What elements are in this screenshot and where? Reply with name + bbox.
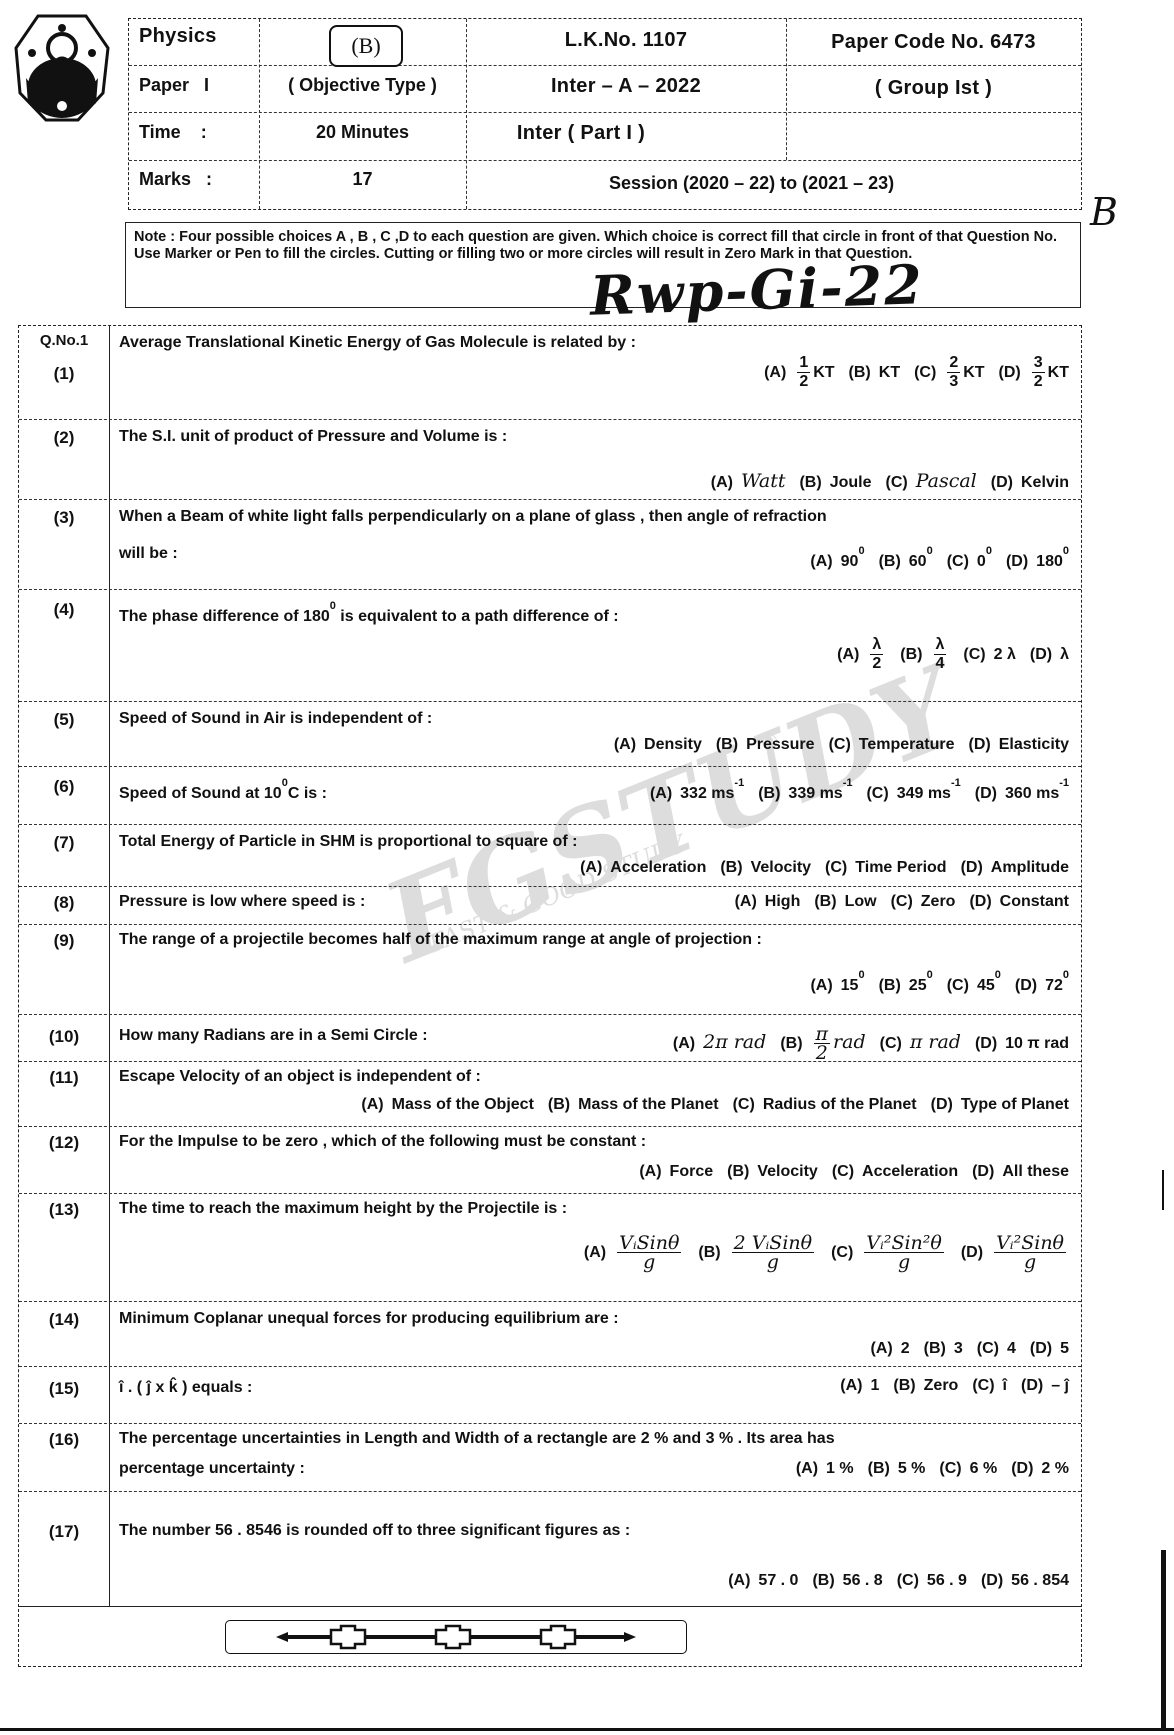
answer-option-b[interactable]: (B)KT [849, 364, 901, 381]
answer-option-c[interactable]: (C)π rad [880, 1035, 961, 1052]
question-text: How many Radians are in a Semi Circle : [119, 1027, 428, 1045]
answer-option-b[interactable]: (B)2 VᵢSinθg [698, 1244, 817, 1261]
question-text: The number 56 . 8546 is rounded off to t… [119, 1522, 630, 1540]
answer-option-b[interactable]: (B)λ4 [900, 646, 949, 663]
answer-options: (A)1(B)Zero(C)î(D)– ĵ [826, 1377, 1069, 1395]
answer-option-b[interactable]: (B)56 . 8 [812, 1572, 882, 1589]
scan-edge-artifact [1158, 1170, 1168, 1730]
answer-option-c[interactable]: (C)Zero [891, 893, 956, 910]
question-row: (10)How many Radians are in a Semi Circl… [19, 1014, 1081, 1062]
answer-options: (A)12KT(B)KT(C)23KT(D)32KT [750, 354, 1069, 391]
answer-option-d[interactable]: (D)5 [1030, 1340, 1069, 1357]
answer-options: (A)Mass of the Object(B)Mass of the Plan… [347, 1096, 1069, 1114]
answer-option-c[interactable]: (C)6 % [939, 1460, 997, 1477]
question-text: Escape Velocity of an object is independ… [119, 1068, 481, 1086]
answer-option-d[interactable]: (D)56 . 854 [981, 1572, 1069, 1589]
question-row: (17)The number 56 . 8546 is rounded off … [19, 1491, 1081, 1607]
answer-options: (A)150(B)250(C)450(D)720 [796, 969, 1069, 995]
answer-options: (A)332 ms-1(B)339 ms-1(C)349 ms-1(D)360 … [636, 777, 1069, 803]
handwritten-paper-code: Rwp-Gi-22 [589, 252, 925, 328]
question-number: (2) [19, 428, 109, 448]
answer-option-c[interactable]: (C)Time Period [825, 859, 947, 876]
answer-option-b[interactable]: (B)600 [879, 553, 933, 570]
answer-option-c[interactable]: (C)Acceleration [832, 1163, 958, 1180]
answer-option-d[interactable]: (D)10 π rad [975, 1035, 1069, 1052]
question-number: (7) [19, 833, 109, 853]
question-number: (4) [19, 600, 109, 620]
answer-option-a[interactable]: (A)57 . 0 [728, 1572, 798, 1589]
answer-option-d[interactable]: (D)2 % [1011, 1460, 1069, 1477]
question-row: (16)The percentage uncertainties in Leng… [19, 1423, 1081, 1492]
question-number: (13) [19, 1200, 109, 1220]
answer-option-d[interactable]: (D)32KT [999, 364, 1069, 381]
exam-name: Inter – A – 2022 [466, 75, 786, 98]
answer-option-a[interactable]: (A)1 [840, 1377, 879, 1394]
questions-table: Q.No.1 (1)Average Translational Kinetic … [18, 325, 1082, 1667]
answer-option-d[interactable]: (D)λ [1030, 646, 1069, 663]
answer-option-c[interactable]: (C)Radius of the Planet [733, 1096, 917, 1113]
answer-option-a[interactable]: (A)Force [639, 1163, 713, 1180]
handwritten-set-mark: B [1090, 190, 1118, 234]
time-value: 20 Minutes [259, 122, 466, 143]
question-number: (12) [19, 1133, 109, 1153]
question-text: The time to reach the maximum height by … [119, 1200, 567, 1218]
answer-option-c[interactable]: (C)349 ms-1 [866, 785, 960, 802]
time-label: Time : [139, 122, 207, 143]
marks-label: Marks : [139, 169, 212, 190]
answer-option-b[interactable]: (B)Velocity [720, 859, 811, 876]
answer-option-a[interactable]: (A)332 ms-1 [650, 785, 744, 802]
answer-option-d[interactable]: (D)Amplitude [961, 859, 1069, 876]
question-text: For the Impulse to be zero , which of th… [119, 1133, 646, 1151]
question-number: (1) [19, 364, 109, 384]
answer-option-c[interactable]: (C)2 λ [963, 646, 1015, 663]
answer-option-a[interactable]: (A)λ2 [837, 646, 886, 663]
answer-option-a[interactable]: (A)High [735, 893, 801, 910]
answer-options: (A)VᵢSinθg(B)2 VᵢSinθg(C)Vᵢ²Sin²θg(D)Vᵢ²… [570, 1234, 1069, 1271]
question-text-continued: percentage uncertainty : [119, 1460, 305, 1478]
question-text: Speed of Sound in Air is independent of … [119, 710, 432, 728]
paper-set-badge: (B) [329, 25, 403, 67]
marks-value: 17 [259, 169, 466, 190]
answer-option-a[interactable]: (A)Mass of the Object [361, 1096, 533, 1113]
answer-options: (A)2π rad(B)π2rad(C)π rad(D)10 π rad [659, 1025, 1069, 1062]
question-text: When a Beam of white light falls perpend… [119, 508, 827, 526]
answer-option-c[interactable]: (C)Temperature [829, 736, 955, 753]
question-number: (9) [19, 931, 109, 951]
answer-option-d[interactable]: (D)– ĵ [1021, 1377, 1069, 1394]
answer-option-d[interactable]: (D)Kelvin [991, 474, 1069, 491]
question-text: Speed of Sound at 100C is : [119, 777, 327, 803]
question-number: (10) [19, 1027, 109, 1047]
answer-option-b[interactable]: (B)250 [879, 977, 933, 994]
question-text: The range of a projectile becomes half o… [119, 931, 762, 949]
answer-options: (A)2(B)3(C)4(D)5 [857, 1340, 1070, 1358]
answer-option-c[interactable]: (C)56 . 9 [897, 1572, 967, 1589]
question-text: The percentage uncertainties in Length a… [119, 1430, 835, 1448]
footer-ornament [225, 1620, 687, 1654]
answer-option-a[interactable]: (A)1 % [796, 1460, 854, 1477]
question-number: (14) [19, 1310, 109, 1330]
answer-option-d[interactable]: (D)Elasticity [969, 736, 1069, 753]
answer-option-d[interactable]: (D)All these [972, 1163, 1069, 1180]
paper-type: ( Objective Type ) [259, 75, 466, 96]
question-row: (6)Speed of Sound at 100C is :(A)332 ms-… [19, 766, 1081, 825]
answer-option-a[interactable]: (A)Watt [711, 474, 786, 491]
answer-option-c[interactable]: (C)î [972, 1377, 1007, 1394]
answer-option-b[interactable]: (B)Pressure [716, 736, 815, 753]
answer-option-b[interactable]: (B)Zero [893, 1377, 958, 1394]
answer-option-b[interactable]: (B)Joule [799, 474, 871, 491]
question-number: (17) [19, 1522, 109, 1542]
session: Session (2020 – 22) to (2021 – 23) [609, 173, 894, 194]
question-row: (1)Average Translational Kinetic Energy … [19, 326, 1081, 419]
paper-code: Paper Code No. 6473 [786, 31, 1081, 54]
answer-option-b[interactable]: (B)π2rad [780, 1035, 865, 1052]
question-number: (16) [19, 1430, 109, 1450]
class-level: Inter ( Part I ) [466, 122, 696, 145]
question-row: (12)For the Impulse to be zero , which o… [19, 1126, 1081, 1194]
subject: Physics [139, 25, 217, 48]
question-row: (8)Pressure is low where speed is :(A)Hi… [19, 886, 1081, 925]
answer-options: (A)Watt(B)Joule(C)Pascal(D)Kelvin [697, 470, 1069, 492]
answer-option-b[interactable]: (B)3 [924, 1340, 963, 1357]
exam-header-table: Physics (B) L.K.No. 1107 Paper Code No. … [128, 18, 1082, 210]
question-number: (11) [19, 1068, 109, 1088]
answer-option-b[interactable]: (B)Velocity [727, 1163, 818, 1180]
question-number: (8) [19, 893, 109, 913]
answer-option-b[interactable]: (B)339 ms-1 [758, 785, 852, 802]
question-number: (15) [19, 1379, 109, 1399]
question-row: (14)Minimum Coplanar unequal forces for … [19, 1301, 1081, 1367]
question-row: (4)The phase difference of 1800 is equiv… [19, 589, 1081, 702]
answer-option-a[interactable]: (A)900 [810, 553, 864, 570]
question-text: The S.I. unit of product of Pressure and… [119, 428, 507, 446]
board-crest-logo [8, 8, 116, 128]
answer-option-c[interactable]: (C)Vᵢ²Sin²θg [831, 1244, 947, 1261]
question-row: (15)î . ( ĵ x k̂ ) equals :(A)1(B)Zero(C… [19, 1366, 1081, 1424]
answer-option-c[interactable]: (C)4 [977, 1340, 1016, 1357]
answer-option-c[interactable]: (C)Pascal [885, 474, 976, 491]
page-bottom-rule [0, 1728, 1174, 1731]
answer-options: (A)900(B)600(C)00(D)1800 [796, 545, 1069, 571]
answer-option-c[interactable]: (C)23KT [914, 364, 984, 381]
answer-option-d[interactable]: (D)Constant [969, 893, 1069, 910]
answer-options: (A)High(B)Low(C)Zero(D)Constant [721, 893, 1069, 911]
answer-option-c[interactable]: (C)00 [947, 553, 992, 570]
answer-option-a[interactable]: (A)Density [614, 736, 702, 753]
question-row: (7)Total Energy of Particle in SHM is pr… [19, 824, 1081, 887]
answer-option-c[interactable]: (C)450 [947, 977, 1001, 994]
answer-option-a[interactable]: (A)2π rad [673, 1035, 766, 1052]
answer-option-d[interactable]: (D)720 [1015, 977, 1069, 994]
question-row: (13)The time to reach the maximum height… [19, 1193, 1081, 1302]
answer-option-d[interactable]: (D)1800 [1006, 553, 1069, 570]
lk-number: L.K.No. 1107 [466, 29, 786, 52]
question-number: (6) [19, 777, 109, 797]
answer-option-b[interactable]: (B)5 % [868, 1460, 926, 1477]
answer-option-a[interactable]: (A)12KT [764, 364, 834, 381]
answer-options: (A)Acceleration(B)Velocity(C)Time Period… [566, 859, 1069, 877]
answer-option-d[interactable]: (D)Type of Planet [931, 1096, 1069, 1113]
answer-option-b[interactable]: (B)Low [814, 893, 876, 910]
question-row: (2)The S.I. unit of product of Pressure … [19, 419, 1081, 500]
question-text: î . ( ĵ x k̂ ) equals : [119, 1379, 252, 1397]
question-text: Average Translational Kinetic Energy of … [119, 334, 636, 352]
answer-options: (A)57 . 0(B)56 . 8(C)56 . 9(D)56 . 854 [714, 1572, 1069, 1590]
question-row: (3)When a Beam of white light falls perp… [19, 499, 1081, 590]
answer-option-a[interactable]: (A)2 [871, 1340, 910, 1357]
answer-options: (A)λ2(B)λ4(C)2 λ(D)λ [823, 636, 1069, 673]
question-text-continued: will be : [119, 545, 178, 563]
answer-option-a[interactable]: (A)Acceleration [580, 859, 706, 876]
paper-label: Paper I [139, 75, 209, 96]
answer-options: (A)1 %(B)5 %(C)6 %(D)2 % [782, 1460, 1069, 1478]
answer-options: (A)Force(B)Velocity(C)Acceleration(D)All… [625, 1163, 1069, 1181]
answer-options: (A)Density(B)Pressure(C)Temperature(D)El… [600, 736, 1069, 754]
question-number: (3) [19, 508, 109, 528]
question-text: Pressure is low where speed is : [119, 893, 365, 911]
question-row: (11)Escape Velocity of an object is inde… [19, 1061, 1081, 1127]
answer-option-d[interactable]: (D)360 ms-1 [975, 785, 1069, 802]
question-text: Total Energy of Particle in SHM is propo… [119, 833, 577, 851]
answer-option-d[interactable]: (D)Vᵢ²Sinθg [961, 1244, 1069, 1261]
group: ( Group Ist ) [786, 77, 1081, 100]
question-row: (9)The range of a projectile becomes hal… [19, 924, 1081, 1015]
question-number: (5) [19, 710, 109, 730]
answer-option-a[interactable]: (A)150 [810, 977, 864, 994]
answer-option-b[interactable]: (B)Mass of the Planet [548, 1096, 719, 1113]
question-text: The phase difference of 1800 is equivale… [119, 600, 619, 626]
answer-option-a[interactable]: (A)VᵢSinθg [584, 1244, 685, 1261]
question-row: (5)Speed of Sound in Air is independent … [19, 701, 1081, 767]
question-text: Minimum Coplanar unequal forces for prod… [119, 1310, 619, 1328]
